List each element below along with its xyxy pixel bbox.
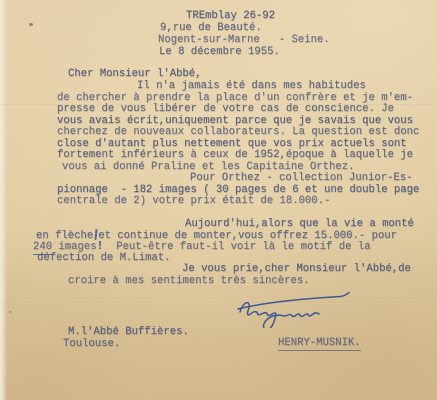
addressee-city: Toulouse. xyxy=(63,338,120,350)
typed-text: centrale de 2) votre prix était de 18.00… xyxy=(57,195,330,207)
typed-text: fortement inférieurs à ceux de 1952,époq… xyxy=(57,149,413,161)
typed-text: défection de M.Limat. xyxy=(37,252,171,264)
typed-text: HENRY-MUSNIK. xyxy=(278,337,361,351)
typed-text: Je vous prie,cher Monsieur l'Abbé,de xyxy=(182,263,411,275)
typed-text: Nogent-sur-Marne - Seine. xyxy=(158,34,330,46)
body-line: Je vous prie,cher Monsieur l'Abbé,de xyxy=(182,263,411,275)
paper-speck xyxy=(29,23,33,26)
typed-text: presse de vous libérer de votre cas de c… xyxy=(57,103,394,115)
scanned-letter: TREmblay 26-929,rue de Beauté.Nogent-sur… xyxy=(0,0,437,400)
letter-date: Le 8 décembre 1955. xyxy=(159,46,280,58)
body-line: presse de vous libérer de votre cas de c… xyxy=(57,103,394,115)
typed-text: Le 8 décembre 1955. xyxy=(159,46,280,58)
typed-text: M.l'Abbé Buffières. xyxy=(68,326,189,338)
typed-text: Il n'a jamais été dans mes habitudes xyxy=(137,80,366,92)
typed-text: Pour Orthez - collection Junior-Es- xyxy=(190,172,413,184)
body-line: croire à mes sentiments très sincères. xyxy=(68,275,310,287)
typed-text: Cher Monsieur l'Abbé, xyxy=(68,68,202,80)
scan-edge-strip xyxy=(0,0,7,400)
salutation: Cher Monsieur l'Abbé, xyxy=(68,68,202,80)
body-line: centrale de 2) votre prix était de 18.00… xyxy=(57,195,330,207)
body-line: défection de M.Limat. xyxy=(37,252,171,264)
paper-crease xyxy=(0,302,437,304)
body-line: fortement inférieurs à ceux de 1952,époq… xyxy=(57,149,413,161)
handwritten-signature xyxy=(236,290,356,328)
sender-phone: TREmblay 26-92 xyxy=(186,10,275,22)
pen-insertion-mark xyxy=(94,229,97,240)
body-line: Il n'a jamais été dans mes habitudes xyxy=(137,80,366,92)
typed-text: croire à mes sentiments très sincères. xyxy=(68,275,310,287)
body-line: Pour Orthez - collection Junior-Es- xyxy=(190,172,413,184)
body-line: cherchez de nouveaux collaborateurs. La … xyxy=(57,126,419,138)
typed-signature-name: HENRY-MUSNIK. xyxy=(278,337,361,349)
typed-text: Toulouse. xyxy=(63,338,120,350)
addressee-name: M.l'Abbé Buffières. xyxy=(68,326,189,338)
paper-speck xyxy=(9,311,12,313)
sender-street: 9,rue de Beauté. xyxy=(160,22,262,34)
sender-city: Nogent-sur-Marne - Seine. xyxy=(158,34,330,46)
typed-text: TREmblay 26-92 xyxy=(186,10,275,22)
typed-text: cherchez de nouveaux collaborateurs. La … xyxy=(57,126,419,138)
typed-text: 9,rue de Beauté. xyxy=(160,22,262,34)
